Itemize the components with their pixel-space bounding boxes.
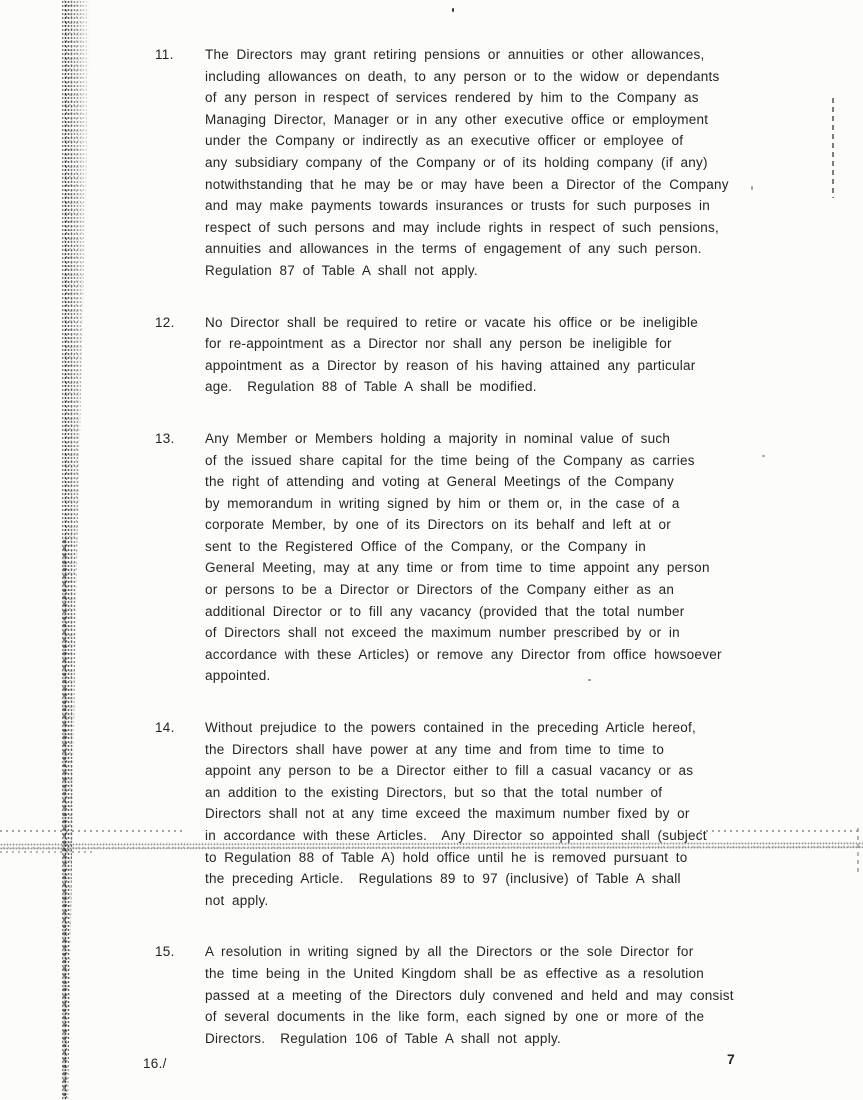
text-line: Any Member or Members holding a majority…: [205, 428, 780, 450]
text-line: passed at a meeting of the Directors dul…: [205, 985, 780, 1007]
text-line: an addition to the existing Directors, b…: [205, 782, 780, 804]
text-line: for re-appointment as a Director nor sha…: [205, 333, 780, 355]
text-line: appoint any person to be a Director eith…: [205, 760, 780, 782]
scan-line-vertical-edge: [857, 828, 859, 876]
text-line: respect of such persons and may include …: [205, 217, 780, 239]
article-number: 14.: [155, 717, 205, 911]
text-line: Directors. Regulation 106 of Table A sha…: [205, 1028, 780, 1050]
text-line: to Regulation 88 of Table A) hold office…: [205, 847, 780, 869]
article-paragraph: 14. Without prejudice to the powers cont…: [155, 717, 780, 911]
scan-line-horizontal-short: [0, 851, 96, 853]
text-line: of the issued share capital for the time…: [205, 450, 780, 472]
text-line: by memorandum in writing signed by him o…: [205, 493, 780, 515]
text-line: accordance with these Articles) or remov…: [205, 644, 780, 666]
article-number: 13.: [155, 428, 205, 687]
article-paragraph: 12. No Director shall be required to ret…: [155, 312, 780, 398]
text-line: under the Company or indirectly as an ex…: [205, 130, 780, 152]
text-line: Without prejudice to the powers containe…: [205, 717, 780, 739]
text-line: Managing Director, Manager or in any oth…: [205, 109, 780, 131]
text-line: additional Director or to fill any vacan…: [205, 601, 780, 623]
text-line: No Director shall be required to retire …: [205, 312, 780, 334]
text-line: Regulation 87 of Table A shall not apply…: [205, 260, 780, 282]
text-line: sent to the Registered Office of the Com…: [205, 536, 780, 558]
text-line: and may make payments towards insurances…: [205, 195, 780, 217]
text-line: appointment as a Director by reason of h…: [205, 355, 780, 377]
article-paragraph: 11. The Directors may grant retiring pen…: [155, 44, 780, 282]
article-paragraph: 15. A resolution in writing signed by al…: [155, 941, 780, 1049]
article-body: Without prejudice to the powers containe…: [205, 717, 780, 911]
article-paragraph: 13. Any Member or Members holding a majo…: [155, 428, 780, 687]
text-line: not apply.: [205, 890, 780, 912]
text-line: corporate Member, by one of its Director…: [205, 514, 780, 536]
text-line: annuities and allowances in the terms of…: [205, 238, 780, 260]
scan-noise-left-line: [63, 540, 66, 1100]
text-line: or persons to be a Director or Directors…: [205, 579, 780, 601]
text-line: the right of attending and voting at Gen…: [205, 471, 780, 493]
page-number: 7: [727, 1051, 735, 1067]
text-line: The Directors may grant retiring pension…: [205, 44, 780, 66]
continuation-marker: 16./: [143, 1056, 167, 1071]
article-body: A resolution in writing signed by all th…: [205, 941, 780, 1049]
article-body: The Directors may grant retiring pension…: [205, 44, 780, 282]
text-line: General Meeting, may at any time or from…: [205, 557, 780, 579]
article-body: Any Member or Members holding a majority…: [205, 428, 780, 687]
text-line: of several documents in the like form, e…: [205, 1006, 780, 1028]
scan-line-vertical-right: [832, 98, 834, 198]
text-line: the time being in the United Kingdom sha…: [205, 963, 780, 985]
scan-speck: [452, 8, 454, 12]
text-line: the Directors shall have power at any ti…: [205, 739, 780, 761]
article-number: 15.: [155, 941, 205, 1049]
text-line: Directors shall not at any time exceed t…: [205, 803, 780, 825]
text-line: any subsidiary company of the Company or…: [205, 152, 780, 174]
text-line: in accordance with these Articles. Any D…: [205, 825, 780, 847]
text-line: the preceding Article. Regulations 89 to…: [205, 868, 780, 890]
articles-text: 11. The Directors may grant retiring pen…: [155, 44, 780, 1079]
text-line: A resolution in writing signed by all th…: [205, 941, 780, 963]
text-line: age. Regulation 88 of Table A shall be m…: [205, 376, 780, 398]
text-line: of any person in respect of services ren…: [205, 87, 780, 109]
article-number: 12.: [155, 312, 205, 398]
article-number: 11.: [155, 44, 205, 282]
text-line: of Directors shall not exceed the maximu…: [205, 622, 780, 644]
article-body: No Director shall be required to retire …: [205, 312, 780, 398]
text-line: notwithstanding that he may be or may ha…: [205, 174, 780, 196]
text-line: appointed.: [205, 665, 780, 687]
text-line: including allowances on death, to any pe…: [205, 66, 780, 88]
